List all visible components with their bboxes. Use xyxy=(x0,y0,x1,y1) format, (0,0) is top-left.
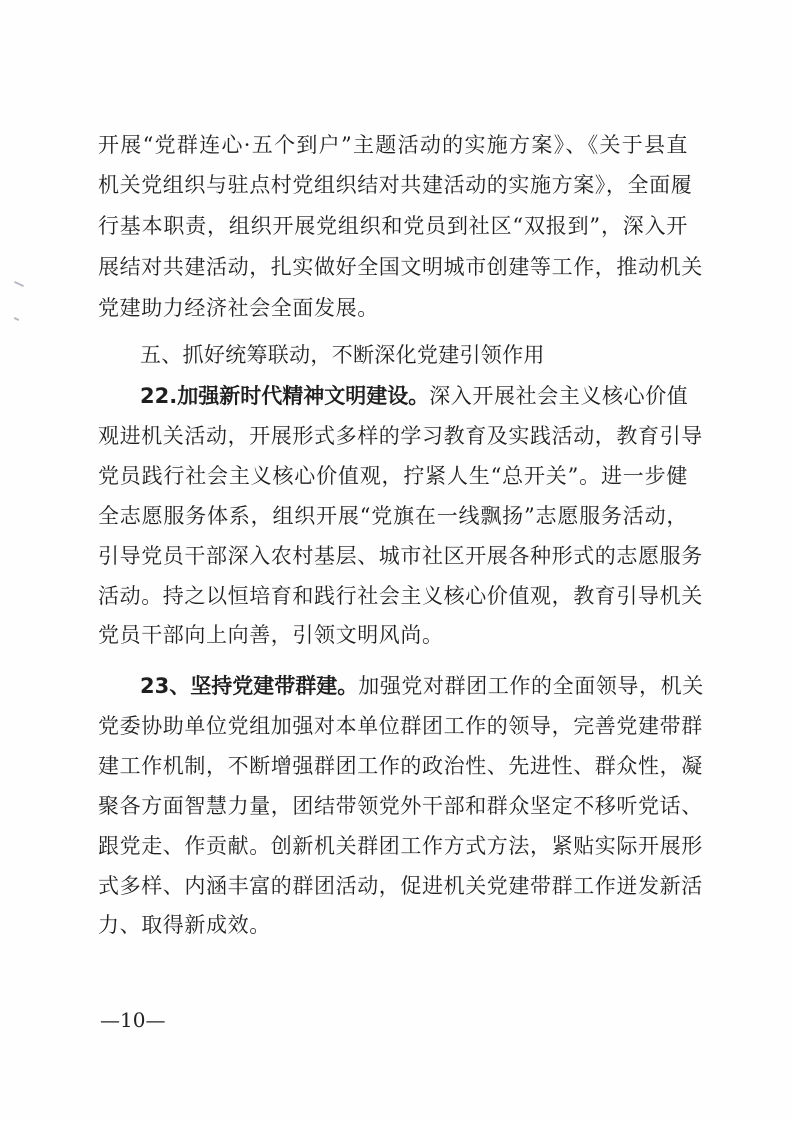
text-line: 建工作机制，不断增强群团工作的政治性、先进性、群众性，凝 xyxy=(98,753,688,779)
scan-artifact xyxy=(14,281,24,287)
text-line: 观进机关活动，开展形式多样的学习教育及实践活动，教育引导 xyxy=(98,423,688,449)
text-line: 机关党组织与驻点村党组织结对共建活动的实施方案》，全面履 xyxy=(98,172,688,198)
scan-artifact xyxy=(14,317,19,321)
text-line: 党建助力经济社会全面发展。 xyxy=(98,295,688,321)
text-line: 式多样、内涵丰富的群团活动，促进机关党建带群工作迸发新活 xyxy=(98,873,688,899)
text-line: 行基本职责，组织开展党组织和党员到社区“双报到”，深入开 xyxy=(98,213,688,239)
text-line: 跟党走、作贡献。创新机关群团工作方式方法，紧贴实际开展形 xyxy=(98,833,688,859)
item-22-text: 深入开展社会主义核心价值 xyxy=(429,384,688,408)
item-23-first-line: 23、坚持党建带群建。加强党对群团工作的全面领导，机关 xyxy=(140,673,688,699)
item-23-text: 加强党对群团工作的全面领导，机关 xyxy=(358,674,704,698)
text-line: 力、取得新成效。 xyxy=(98,912,688,938)
text-line: 活动。持之以恒培育和践行社会主义核心价值观，教育引导机关 xyxy=(98,583,688,609)
text-line: 开展“党群连心·五个到户”主题活动的实施方案》、《关于县直 xyxy=(98,132,688,158)
text-line: 聚各方面智慧力量，团结带领党外干部和群众坚定不移听党话、 xyxy=(98,793,688,819)
page-number: —10— xyxy=(100,1008,165,1032)
text-line: 展结对共建活动，扎实做好全国文明城市创建等工作，推动机关 xyxy=(98,254,688,280)
section-heading: 五、抓好统筹联动，不断深化党建引领作用 xyxy=(140,342,688,368)
text-line: 引导党员干部深入农村基层、城市社区开展各种形式的志愿服务 xyxy=(98,543,688,569)
text-line: 党员践行社会主义核心价值观，拧紧人生“总开关”。进一步健 xyxy=(98,463,688,489)
text-line: 党员干部向上向善，引领文明风尚。 xyxy=(98,622,688,648)
item-22-first-line: 22.加强新时代精神文明建设。深入开展社会主义核心价值 xyxy=(140,383,688,409)
text-line: 党委协助单位党组加强对本单位群团工作的领导，完善党建带群 xyxy=(98,713,688,739)
document-page: 开展“党群连心·五个到户”主题活动的实施方案》、《关于县直 机关党组织与驻点村党… xyxy=(0,0,793,1121)
text-line: 全志愿服务体系，组织开展“党旗在一线飘扬”志愿服务活动， xyxy=(98,503,688,529)
item-22-title: 22.加强新时代精神文明建设。 xyxy=(140,384,429,408)
item-23-title: 23、坚持党建带群建。 xyxy=(140,674,358,698)
